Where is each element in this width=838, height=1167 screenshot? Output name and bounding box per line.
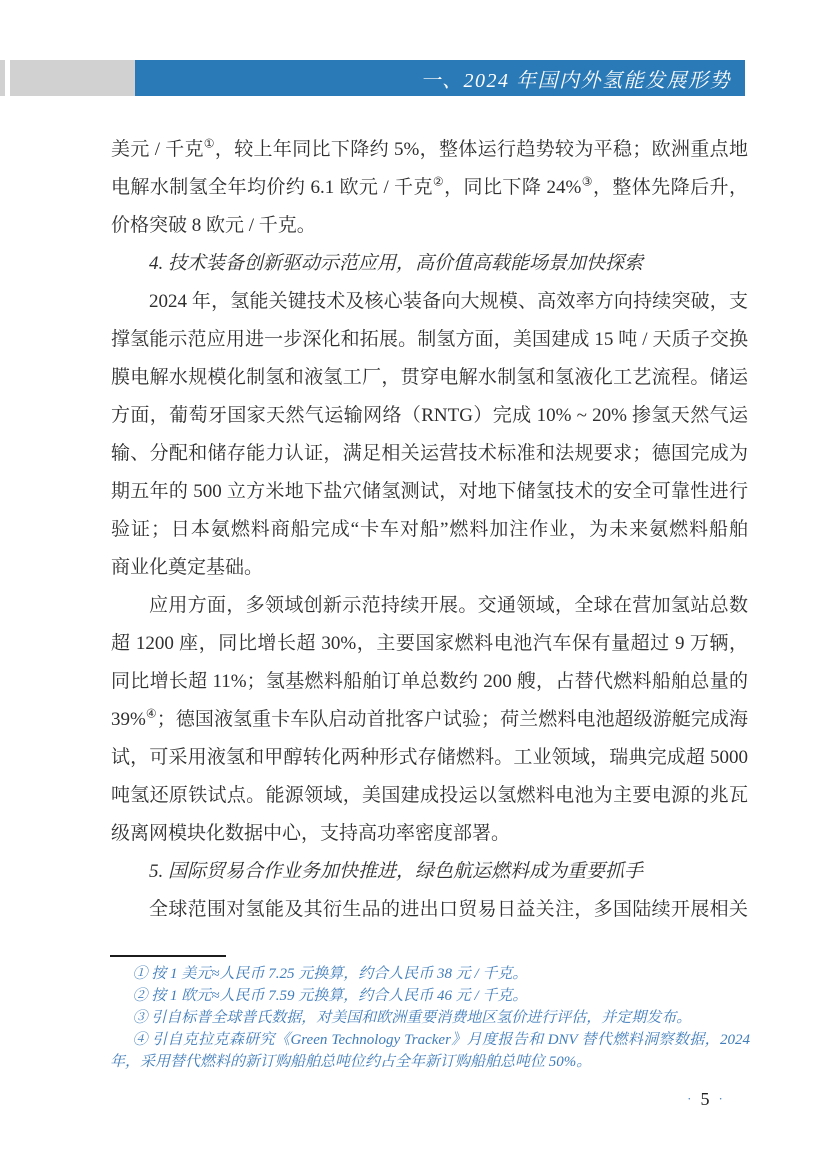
body-line: 方面，葡萄牙国家天然气运输网络（RNTG）完成 10% ~ 20% 掺氢天然气运 (111, 397, 748, 435)
body-line: 39%④；德国液氢重卡车队启动首批客户试验；荷兰燃料电池超级游艇完成海 (111, 701, 748, 739)
body-line: 撑氢能示范应用进一步深化和拓展。制氢方面，美国建成 15 吨 / 天质子交换 (111, 321, 748, 359)
footnote: ④ 引自克拉克森研究《Green Technology Tracker》月度报告… (110, 1029, 750, 1073)
footnote: ① 按 1 美元≈人民币 7.25 元换算，约合人民币 38 元 / 千克。 (110, 963, 750, 985)
header-edge-strip (0, 60, 5, 96)
header-bar: 一、2024 年国内外氢能发展形势 (135, 60, 745, 96)
body-line: 超 1200 座，同比增长超 30%，主要国家燃料电池汽车保有量超过 9 万辆， (111, 625, 748, 663)
page-number-value: 5 (701, 1089, 710, 1109)
footnote: ② 按 1 欧元≈人民币 7.59 元换算，约合人民币 46 元 / 千克。 (110, 985, 750, 1007)
body-line: 级离网模块化数据中心，支持高功率密度部署。 (111, 815, 748, 853)
section-heading: 5. 国际贸易合作业务加快推进，绿色航运燃料成为重要抓手 (111, 853, 748, 891)
header-section-title: 一、2024 年国内外氢能发展形势 (421, 64, 732, 93)
body-text: 美元 / 千克①，较上年同比下降约 5%，整体运行趋势较为平稳；欧洲重点地区电解… (111, 131, 748, 929)
header-gray-block (10, 60, 135, 96)
body-line: 试，可采用液氢和甲醇转化两种形式存储燃料。工业领域，瑞典完成超 5000 (111, 739, 748, 777)
body-line: 吨氢还原铁试点。能源领域，美国建成投运以氢燃料电池为主要电源的兆瓦 (111, 777, 748, 815)
body-line: 输、分配和储存能力认证，满足相关运营技术标准和法规要求；德国完成为 (111, 435, 748, 473)
body-line: 全球范围对氢能及其衍生品的进出口贸易日益关注，多国陆续开展相关 (111, 891, 748, 929)
body-line: 膜电解水规模化制氢和液氢工厂，贯穿电解水制氢和氢液化工艺流程。储运 (111, 359, 748, 397)
body-line: 商业化奠定基础。 (111, 549, 748, 587)
page-number-left-dot: · (687, 1091, 691, 1106)
page-number: ·5· (655, 1089, 755, 1110)
body-line: 电解水制氢全年均价约 6.1 欧元 / 千克②，同比下降 24%③，整体先降后升… (111, 169, 748, 207)
body-line: 同比增长超 11%；氢基燃料船舶订单总数约 200 艘，占替代燃料船舶总量的 (111, 663, 748, 701)
body-line: 价格突破 8 欧元 / 千克。 (111, 207, 748, 245)
document-page: 一、2024 年国内外氢能发展形势 美元 / 千克①，较上年同比下降约 5%，整… (0, 0, 838, 1167)
body-line: 美元 / 千克①，较上年同比下降约 5%，整体运行趋势较为平稳；欧洲重点地区 (111, 131, 748, 169)
body-line: 验证；日本氨燃料商船完成“卡车对船”燃料加注作业，为未来氨燃料船舶 (111, 511, 748, 549)
page-number-right-dot: · (719, 1091, 723, 1106)
section-heading: 4. 技术装备创新驱动示范应用，高价值高载能场景加快探索 (111, 245, 748, 283)
footnote: ③ 引自标普全球普氏数据，对美国和欧洲重要消费地区氢价进行评估，并定期发布。 (110, 1007, 750, 1029)
footnotes: ① 按 1 美元≈人民币 7.25 元换算，约合人民币 38 元 / 千克。② … (110, 963, 750, 1073)
body-line: 应用方面，多领域创新示范持续开展。交通领域，全球在营加氢站总数 (111, 587, 748, 625)
body-line: 期五年的 500 立方米地下盐穴储氢测试，对地下储氢技术的安全可靠性进行 (111, 473, 748, 511)
footnote-separator (110, 955, 226, 957)
body-line: 2024 年，氢能关键技术及核心装备向大规模、高效率方向持续突破，支 (111, 283, 748, 321)
